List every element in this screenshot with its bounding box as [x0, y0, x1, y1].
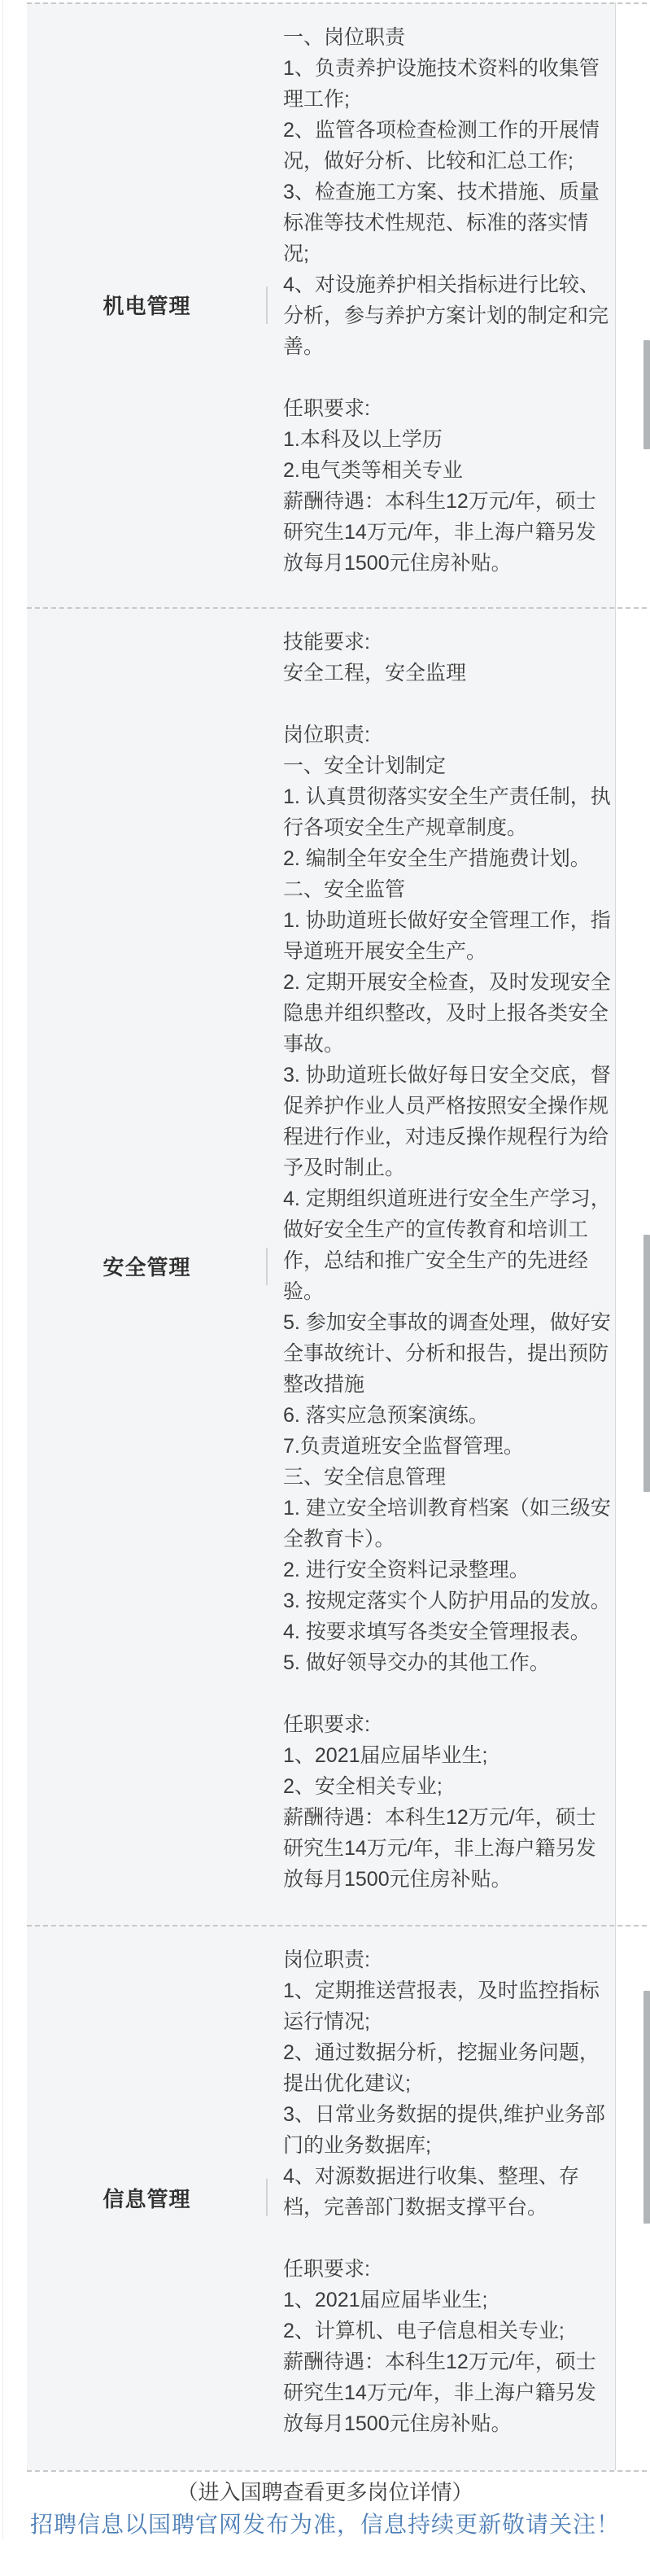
- job-paragraph: 4. 按要求填写各类安全管理报表。: [283, 1616, 611, 1647]
- job-paragraph: [283, 2223, 611, 2254]
- job-description-cell: 岗位职责:1、定期推送营报表，及时监控指标运行情况;2、通过数据分析，挖掘业务问…: [267, 1925, 615, 2470]
- job-paragraph: 7.负责道班安全监督管理。: [283, 1431, 611, 1462]
- job-category-cell: 机电管理: [27, 2, 267, 607]
- job-paragraph: 2、通过数据分析，挖掘业务问题，提出优化建议;: [283, 2037, 611, 2099]
- job-description-cell: 技能要求:安全工程，安全监理岗位职责:一、安全计划制定1. 认真贯彻落实安全生产…: [267, 607, 615, 1925]
- footer-notice: 招聘信息以国聘官网发布为准，信息持续更新敬请关注！: [0, 2508, 650, 2541]
- scrollbar-thumb[interactable]: [643, 1991, 650, 2224]
- jobs-table: 机电管理一、岗位职责1、负责养护设施技术资料的收集管理工作;2、监管各项检查检测…: [27, 2, 616, 2470]
- job-category-label: 安全管理: [103, 1251, 190, 1281]
- table-bottom-dashed-border: [27, 2470, 647, 2472]
- table-row: 信息管理岗位职责:1、定期推送营报表，及时监控指标运行情况;2、通过数据分析，挖…: [27, 1925, 615, 2470]
- job-category-cell: 安全管理: [27, 607, 267, 1925]
- job-paragraph: 1、2021届应届毕业生;: [283, 2285, 611, 2316]
- job-paragraph: 1. 协助道班长做好安全管理工作，指导道班开展安全生产。: [283, 905, 611, 967]
- jobs-table-rows: 机电管理一、岗位职责1、负责养护设施技术资料的收集管理工作;2、监管各项检查检测…: [27, 2, 615, 2470]
- column-divider: [266, 286, 268, 324]
- job-paragraph: 三、安全信息管理: [283, 1462, 611, 1493]
- job-paragraph: 2. 编制全年安全生产措施费计划。: [283, 843, 611, 874]
- job-paragraph: 2、安全相关专业;: [283, 1771, 611, 1802]
- job-paragraph: 2.电气类等相关专业: [283, 455, 611, 486]
- job-paragraph: 薪酬待遇：本科生12万元/年，硕士研究生14万元/年，非上海户籍另发放每月150…: [283, 2346, 611, 2439]
- scrollbar-thumb[interactable]: [643, 340, 650, 449]
- job-category-label: 信息管理: [103, 2183, 190, 2213]
- job-paragraph: 二、安全监管: [283, 874, 611, 905]
- job-paragraph: 薪酬待遇：本科生12万元/年，硕士研究生14万元/年，非上海户籍另发放每月150…: [283, 1802, 611, 1895]
- job-paragraph: 2、计算机、电子信息相关专业;: [283, 2316, 611, 2346]
- job-paragraph: 1.本科及以上学历: [283, 424, 611, 455]
- job-paragraph: 3、日常业务数据的提供,维护业务部门的业务数据库;: [283, 2099, 611, 2161]
- row-separator-2: [27, 1925, 647, 1927]
- job-paragraph: 岗位职责:: [283, 719, 611, 750]
- job-paragraph: 2. 定期开展安全检查，及时发现安全隐患并组织整改，及时上报各类安全事故。: [283, 967, 611, 1060]
- column-divider: [266, 1248, 268, 1285]
- job-paragraph: 任职要求:: [283, 393, 611, 424]
- job-paragraph: 1. 认真贯彻落实安全生产责任制，执行各项安全生产规章制度。: [283, 781, 611, 843]
- job-paragraph: 3. 按规定落实个人防护用品的发放。: [283, 1585, 611, 1616]
- page-left-edge: [2, 0, 3, 2539]
- job-paragraph: 一、安全计划制定: [283, 750, 611, 781]
- job-paragraph: 5. 做好领导交办的其他工作。: [283, 1647, 611, 1678]
- job-paragraph: 安全工程，安全监理: [283, 658, 611, 689]
- footer-note: （进入国聘查看更多岗位详情）: [0, 2478, 650, 2507]
- job-paragraph: 3. 协助道班长做好每日安全交底，督促养护作业人员严格按照安全操作规程进行作业，…: [283, 1060, 611, 1183]
- job-category-label: 机电管理: [103, 290, 190, 320]
- column-divider: [266, 2179, 268, 2216]
- row-separator-1: [27, 607, 647, 609]
- job-paragraph: 1、2021届应届毕业生;: [283, 1740, 611, 1771]
- job-paragraph: 任职要求:: [283, 1709, 611, 1740]
- job-paragraph: 1、定期推送营报表，及时监控指标运行情况;: [283, 1975, 611, 2037]
- job-paragraph: 一、岗位职责: [283, 22, 611, 53]
- job-paragraph: 2. 进行安全资料记录整理。: [283, 1555, 611, 1585]
- job-paragraph: [283, 362, 611, 393]
- job-paragraph: [283, 1678, 611, 1709]
- job-paragraph: 任职要求:: [283, 2254, 611, 2285]
- job-category-cell: 信息管理: [27, 1925, 267, 2470]
- job-paragraph: 4、对源数据进行收集、整理、存档，完善部门数据支撑平台。: [283, 2161, 611, 2223]
- table-row: 机电管理一、岗位职责1、负责养护设施技术资料的收集管理工作;2、监管各项检查检测…: [27, 2, 615, 607]
- job-paragraph: [283, 689, 611, 719]
- job-description-cell: 一、岗位职责1、负责养护设施技术资料的收集管理工作;2、监管各项检查检测工作的开…: [267, 2, 615, 607]
- job-paragraph: 2、监管各项检查检测工作的开展情况，做好分析、比较和汇总工作;: [283, 115, 611, 177]
- job-paragraph: 技能要求:: [283, 627, 611, 658]
- job-paragraph: 岗位职责:: [283, 1944, 611, 1975]
- job-paragraph: 6. 落实应急预案演练。: [283, 1400, 611, 1431]
- table-row: 安全管理技能要求:安全工程，安全监理岗位职责:一、安全计划制定1. 认真贯彻落实…: [27, 607, 615, 1925]
- job-paragraph: 4. 定期组织道班进行安全生产学习，做好安全生产的宣传教育和培训工作，总结和推广…: [283, 1183, 611, 1307]
- scrollbar-thumb[interactable]: [643, 1235, 650, 1492]
- job-paragraph: 4、对设施养护相关指标进行比较、分析，参与养护方案计划的制定和完善。: [283, 269, 611, 362]
- job-paragraph: 薪酬待遇：本科生12万元/年，硕士研究生14万元/年，非上海户籍另发放每月150…: [283, 486, 611, 579]
- job-paragraph: 1、负责养护设施技术资料的收集管理工作;: [283, 53, 611, 115]
- job-paragraph: 1. 建立安全培训教育档案（如三级安全教育卡）。: [283, 1493, 611, 1555]
- job-paragraph: 5. 参加安全事故的调查处理，做好安全事故统计、分析和报告，提出预防整改措施: [283, 1307, 611, 1400]
- table-top-dashed-border: [27, 2, 647, 4]
- job-paragraph: 3、检查施工方案、技术措施、质量标准等技术性规范、标准的落实情况;: [283, 177, 611, 269]
